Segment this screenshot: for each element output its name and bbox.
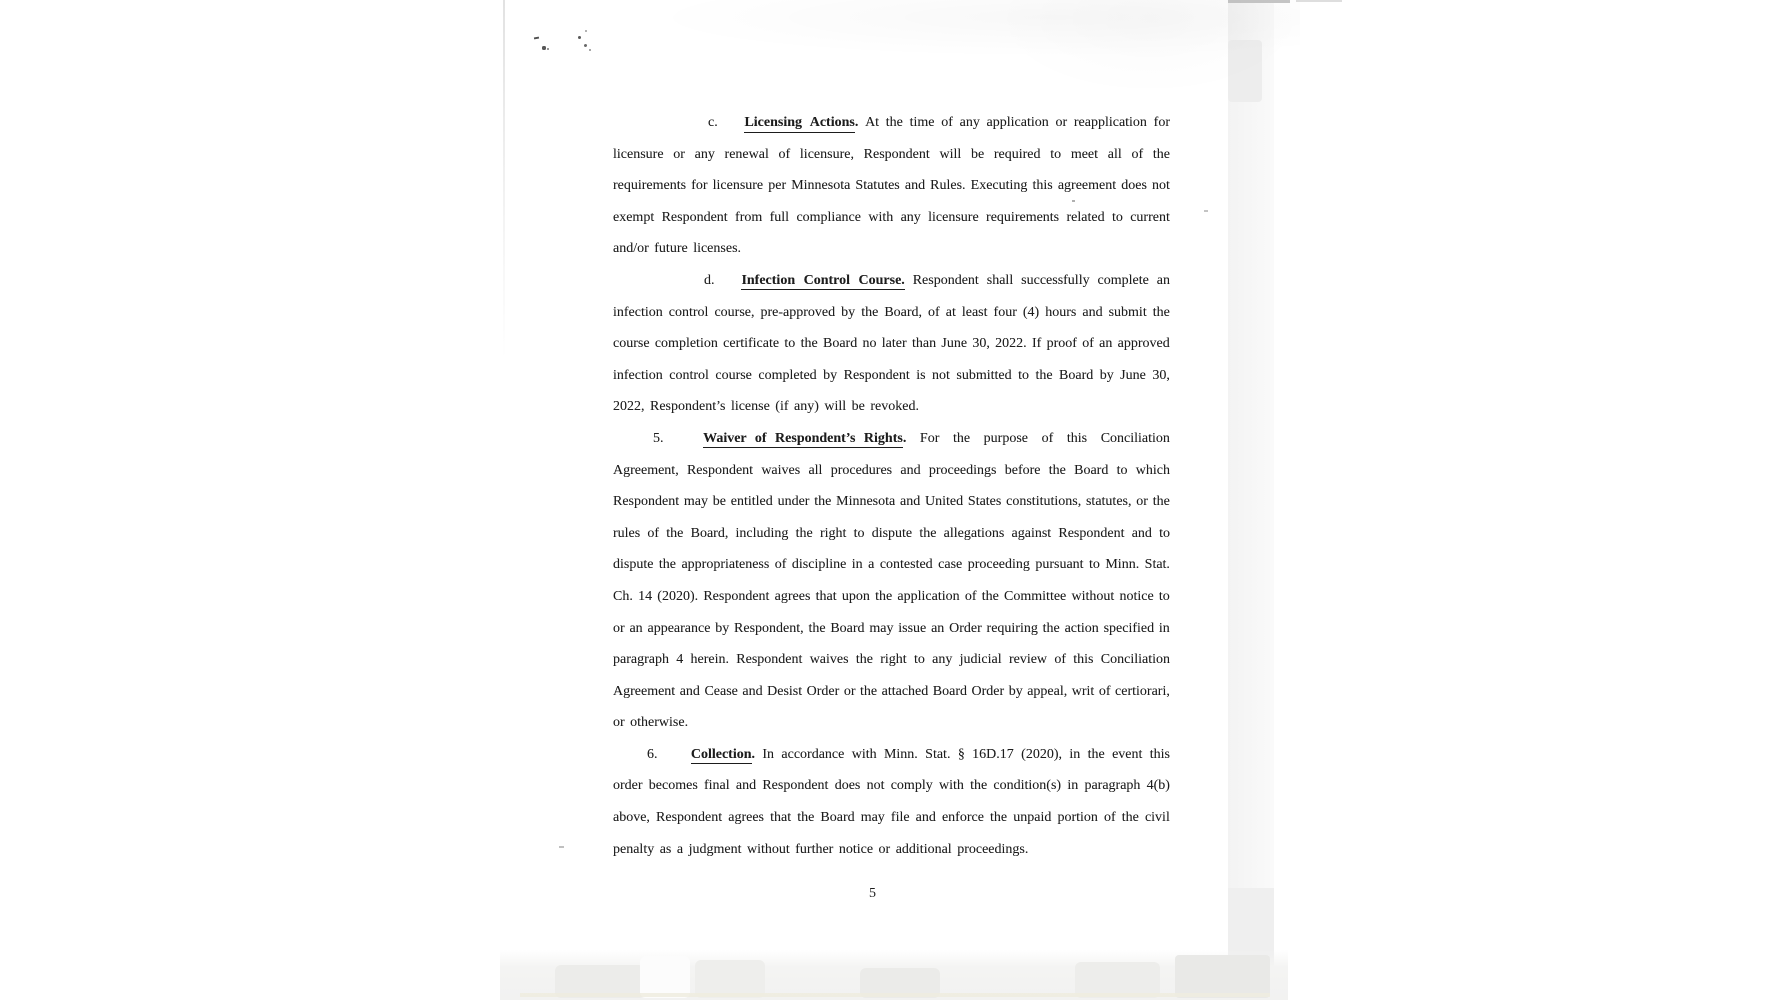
- text-block: c.Licensing Actions.Atthetimeofanyapplic…: [613, 107, 1170, 865]
- scan-bottom-shadow-patch: [860, 968, 940, 998]
- page-number-row: 5: [613, 878, 1170, 910]
- scan-speck: [589, 49, 591, 51]
- section-heading: Collection.: [691, 739, 755, 771]
- text-line: licensureoranyrenewaloflicensure,Respond…: [613, 139, 1170, 171]
- text-line: coursecompletioncertificatetotheBoardnol…: [613, 328, 1170, 360]
- scan-bottom-shadow-band: [500, 950, 1288, 1000]
- scan-bottom-shadow-patch: [1175, 955, 1270, 998]
- text-line: and/or future licenses.: [613, 233, 1170, 265]
- scan-bottom-warm-line: [520, 993, 1270, 997]
- section-heading: Waiver of Respondent’s Rights.: [703, 423, 906, 455]
- text-line: rulesoftheBoard,includingtherighttodispu…: [613, 518, 1170, 550]
- text-line: penalty as a judgment without further no…: [613, 834, 1170, 866]
- text-line: RespondentmaybeentitledundertheMinnesota…: [613, 486, 1170, 518]
- text-line: 2022, Respondent’s license (if any) will…: [613, 391, 1170, 423]
- text-line: or otherwise.: [613, 707, 1170, 739]
- text-line: requirementsforlicensureperMinnesotaStat…: [613, 170, 1170, 202]
- text-line: orderbecomesfinalandRespondentdoesnotcom…: [613, 770, 1170, 802]
- scan-bottom-light-gap: [640, 956, 690, 998]
- scan-right-shadow-patch: [1228, 888, 1274, 972]
- scan-top-mottle: [640, 0, 1300, 58]
- scan-speck: [547, 48, 549, 50]
- text-line: infectioncontrolcourse,pre-approvedbythe…: [613, 297, 1170, 329]
- scan-bottom-shadow-patch: [1075, 962, 1160, 998]
- text-line: above,RespondentagreesthattheBoardmayfil…: [613, 802, 1170, 834]
- text-line: c.Licensing Actions.Atthetimeofanyapplic…: [613, 107, 1170, 139]
- section-number: d.: [704, 265, 715, 297]
- section-number: 6.: [647, 739, 658, 771]
- scan-speck: [542, 46, 546, 50]
- text-line: disputetheappropriatenessofdisciplineina…: [613, 549, 1170, 581]
- section-number: c.: [708, 107, 718, 139]
- text-line: exemptRespondentfromfullcompliancewithan…: [613, 202, 1170, 234]
- scanned-document-page: c.Licensing Actions.Atthetimeofanyapplic…: [0, 0, 1778, 1000]
- scan-speck: [534, 37, 539, 40]
- text-line: oranappearancebyRespondent,theBoardmayis…: [613, 613, 1170, 645]
- scan-speck: [584, 44, 588, 48]
- text-line: infectioncontrolcoursecompletedbyRespond…: [613, 360, 1170, 392]
- scan-bottom-shadow-patch: [695, 960, 765, 998]
- scan-speck: [585, 30, 587, 32]
- section-heading: Infection Control Course.: [741, 265, 904, 297]
- text-line: Ch.14(2020).Respondentagreesthatuponthea…: [613, 581, 1170, 613]
- scan-top-edge-sliver: [1228, 0, 1290, 3]
- text-line: 6.Collection.InaccordancewithMinn.Stat.§…: [613, 739, 1170, 771]
- scan-right-shadow-band: [1228, 0, 1274, 1000]
- page-number: 5: [869, 886, 876, 901]
- section-heading: Licensing Actions.: [744, 107, 858, 139]
- scan-speck: [559, 846, 564, 848]
- text-line: AgreementandCeaseandDesistOrderortheatta…: [613, 676, 1170, 708]
- scan-bottom-shadow-patch: [555, 965, 645, 998]
- section-number: 5.: [653, 423, 664, 455]
- scan-speck: [1204, 210, 1208, 212]
- scan-top-mottle: [1000, 0, 1300, 92]
- scan-right-shadow-patch: [1228, 40, 1262, 102]
- scan-top-edge-sliver: [1296, 0, 1342, 2]
- text-line: Agreement,Respondentwaivesallproceduresa…: [613, 455, 1170, 487]
- scan-page-left-edge: [503, 0, 505, 360]
- text-line: paragraph4herein.Respondentwaivestherigh…: [613, 644, 1170, 676]
- text-line: d.Infection Control Course.Respondentsha…: [613, 265, 1170, 297]
- scan-speck: [578, 36, 581, 39]
- text-line: 5.Waiver of Respondent’s Rights.Forthepu…: [613, 423, 1170, 455]
